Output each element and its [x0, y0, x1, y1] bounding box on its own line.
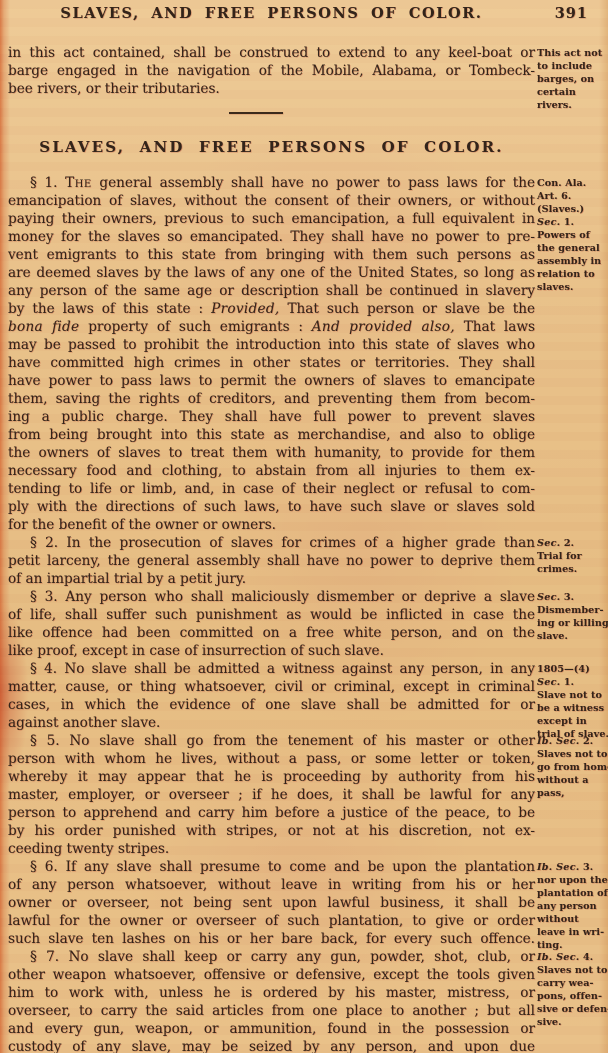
margin-note-line: Slaves not to	[537, 964, 607, 977]
continuation-text: in this act contained, shall be construe…	[8, 44, 535, 98]
text-line: of life, shall suffer such punishment as…	[8, 606, 535, 624]
text-line: owner or overseer, not being sent upon l…	[8, 894, 535, 912]
margin-note-line: slaves.	[537, 281, 607, 294]
text-line: ceeding twenty stripes.	[8, 840, 535, 858]
margin-note-line: Sec. 3.	[537, 591, 607, 604]
margin-note-line: certain	[537, 86, 607, 99]
text-line: of any person whatsoever, without leave …	[8, 876, 535, 894]
margin-note-sec-2: Sec. 2.Trial forcrimes.	[537, 537, 607, 576]
margin-note-line: Sec. 1.	[537, 216, 607, 229]
margin-note-line: Sec. 2.	[537, 537, 607, 550]
margin-note-line: nor upon the	[537, 874, 607, 887]
margin-note-line: relation to	[537, 268, 607, 281]
text-line: lawful for the owner or overseer of such…	[8, 912, 535, 930]
text-column: in this act contained, shall be construe…	[8, 44, 535, 1053]
text-line: by his order punished with stripes, or n…	[8, 822, 535, 840]
text-line: necessary food and clothing, to abstain …	[8, 462, 535, 480]
text-line: paying their owners, previous to such em…	[8, 210, 535, 228]
page-number: 391	[555, 5, 588, 22]
paragraph-sec-1: § 1. The general assembly shall have no …	[8, 174, 535, 534]
text-line: § 1. The general assembly shall have no …	[8, 174, 535, 192]
margin-note-line: Slaves not to	[537, 748, 607, 761]
text-line: against another slave.	[8, 714, 535, 732]
margin-note-sec-5: Ib. Sec. 2.Slaves not togo from homewith…	[537, 735, 607, 800]
margin-note-line: Art. 6.	[537, 190, 607, 203]
text-line: like proof, except in case of insurrecti…	[8, 642, 535, 660]
text-line: § 2. In the prosecution of slaves for cr…	[8, 534, 535, 552]
text-line: ing a public charge. They shall have ful…	[8, 408, 535, 426]
text-line: from being brought into this state as me…	[8, 426, 535, 444]
text-line: have power to pass laws to permit the ow…	[8, 372, 535, 390]
margin-note-line: any person	[537, 900, 607, 913]
text-line: like offence had been committed on a fre…	[8, 624, 535, 642]
paragraph-sec-6: § 6. If any slave shall presume to come …	[8, 858, 535, 948]
section-heading: SLAVES, AND FREE PERSONS OF COLOR.	[8, 138, 535, 156]
margin-note-line: rivers.	[537, 99, 607, 112]
text-line: § 5. No slave shall go from the tenement…	[8, 732, 535, 750]
margin-note-line: Dismember-	[537, 604, 607, 617]
book-page: SLAVES, AND FREE PERSONS OF COLOR. 391 i…	[0, 0, 608, 1053]
text-line: vent emigrants to this state from bringi…	[8, 246, 535, 264]
text-line: by the laws of this state : Provided, Th…	[8, 300, 535, 318]
margin-note-sec-4: 1805—(4)Sec. 1.Slave not tobe a witnesse…	[537, 663, 607, 741]
text-line: in this act contained, shall be construe…	[8, 44, 535, 62]
paragraph-sec-3: § 3. Any person who shall maliciously di…	[8, 588, 535, 660]
text-line: ply with the directions of such laws, to…	[8, 498, 535, 516]
text-line: § 6. If any slave shall presume to come …	[8, 858, 535, 876]
margin-note-line: Ib. Sec. 4.	[537, 951, 607, 964]
margin-note-line: Ib. Sec. 2.	[537, 735, 607, 748]
margin-note-line: Sec. 1.	[537, 676, 607, 689]
text-line: of an impartial trial by a petit jury.	[8, 570, 535, 588]
text-line: emancipation of slaves, without the cons…	[8, 192, 535, 210]
text-line: for the benefit of the owner or owners.	[8, 516, 535, 534]
text-line: may be passed to prohibit the introducti…	[8, 336, 535, 354]
margin-note-line: (Slaves.)	[537, 203, 607, 216]
statute-sections: § 1. The general assembly shall have no …	[8, 174, 535, 1053]
text-line: § 4. No slave shall be admitted a witnes…	[8, 660, 535, 678]
section-divider	[229, 112, 283, 114]
text-line: whereby it may appear that he is proceed…	[8, 768, 535, 786]
margin-note-line: sive or defen-	[537, 1003, 607, 1016]
text-line: person to apprehend and carry him before…	[8, 804, 535, 822]
margin-note-line: pass,	[537, 787, 607, 800]
text-line: them, saving the rights of creditors, an…	[8, 390, 535, 408]
margin-note-line: This act not	[537, 47, 607, 60]
text-line: any person of the same age or descriptio…	[8, 282, 535, 300]
text-line: bee rivers, or their tributaries.	[8, 80, 535, 98]
margin-note-line: sive.	[537, 1016, 607, 1029]
margin-note-line: the general	[537, 242, 607, 255]
margin-note-line: to include	[537, 60, 607, 73]
margin-note-line: slave.	[537, 630, 607, 643]
margin-note-line: without a	[537, 774, 607, 787]
text-line: petit larceny, the general assembly shal…	[8, 552, 535, 570]
margin-note-line: Con. Ala.	[537, 177, 607, 190]
margin-note-line: Trial for	[537, 550, 607, 563]
margin-note-line: 1805—(4)	[537, 663, 607, 676]
text-line: master, employer, or overseer ; if he do…	[8, 786, 535, 804]
margin-note-line: without	[537, 913, 607, 926]
text-line: person with whom he lives, without a pas…	[8, 750, 535, 768]
paragraph-sec-7: § 7. No slave shall keep or carry any gu…	[8, 948, 535, 1053]
text-line: matter, cause, or thing whatsoever, civi…	[8, 678, 535, 696]
text-line: and every gun, weapon, or ammunition, fo…	[8, 1020, 535, 1038]
text-line: cases, in which the evidence of one slav…	[8, 696, 535, 714]
margin-note-line: leave in wri-	[537, 926, 607, 939]
paragraph-sec-4: § 4. No slave shall be admitted a witnes…	[8, 660, 535, 732]
text-line: § 3. Any person who shall maliciously di…	[8, 588, 535, 606]
text-line: tending to life or limb, and, in case of…	[8, 480, 535, 498]
margin-note-line: be a witness	[537, 702, 607, 715]
margin-note-line: barges, on	[537, 73, 607, 86]
text-line: have committed high crimes in other stat…	[8, 354, 535, 372]
margin-note-line: ing or killing	[537, 617, 607, 630]
text-line: the owners of slaves to treat them with …	[8, 444, 535, 462]
margin-note-sec-7: Ib. Sec. 4.Slaves not tocarry wea-pons, …	[537, 951, 607, 1029]
text-line: bona fide property of such emigrants : A…	[8, 318, 535, 336]
paragraph-sec-2: § 2. In the prosecution of slaves for cr…	[8, 534, 535, 588]
margin-note-sec-6: Ib. Sec. 3.nor upon theplantation ofany …	[537, 861, 607, 952]
margin-note-line: Slave not to	[537, 689, 607, 702]
margin-note-line: plantation of	[537, 887, 607, 900]
margin-note-continuation: This act notto includebarges, oncertainr…	[537, 47, 607, 112]
text-line: barge engaged in the navigation of the M…	[8, 62, 535, 80]
margin-note-line: go from home	[537, 761, 607, 774]
paragraph-sec-5: § 5. No slave shall go from the tenement…	[8, 732, 535, 858]
margin-note-line: except in	[537, 715, 607, 728]
running-head-title: SLAVES, AND FREE PERSONS OF COLOR.	[8, 5, 535, 22]
paragraph-continuation: in this act contained, shall be construe…	[8, 44, 535, 98]
text-line: him to work with, unless he is ordered b…	[8, 984, 535, 1002]
margin-note-sec-3: Sec. 3.Dismember-ing or killingslave.	[537, 591, 607, 643]
text-line: § 7. No slave shall keep or carry any gu…	[8, 948, 535, 966]
text-line: custody of any slave, may be seized by a…	[8, 1038, 535, 1053]
margin-note-line: crimes.	[537, 563, 607, 576]
margin-note-line: carry wea-	[537, 977, 607, 990]
text-line: are deemed slaves by the laws of any one…	[8, 264, 535, 282]
margin-note-line: assembly in	[537, 255, 607, 268]
margin-note-line: pons, offen-	[537, 990, 607, 1003]
text-line: overseer, to carry the said articles fro…	[8, 1002, 535, 1020]
margin-note-sec-1: Con. Ala.Art. 6.(Slaves.)Sec. 1.Powers o…	[537, 177, 607, 294]
text-line: other weapon whatsoever, offensive or de…	[8, 966, 535, 984]
text-line: money for the slaves so emancipated. The…	[8, 228, 535, 246]
margin-note-line: Ib. Sec. 3.	[537, 861, 607, 874]
margin-note-line: Powers of	[537, 229, 607, 242]
text-line: such slave ten lashes on his or her bare…	[8, 930, 535, 948]
